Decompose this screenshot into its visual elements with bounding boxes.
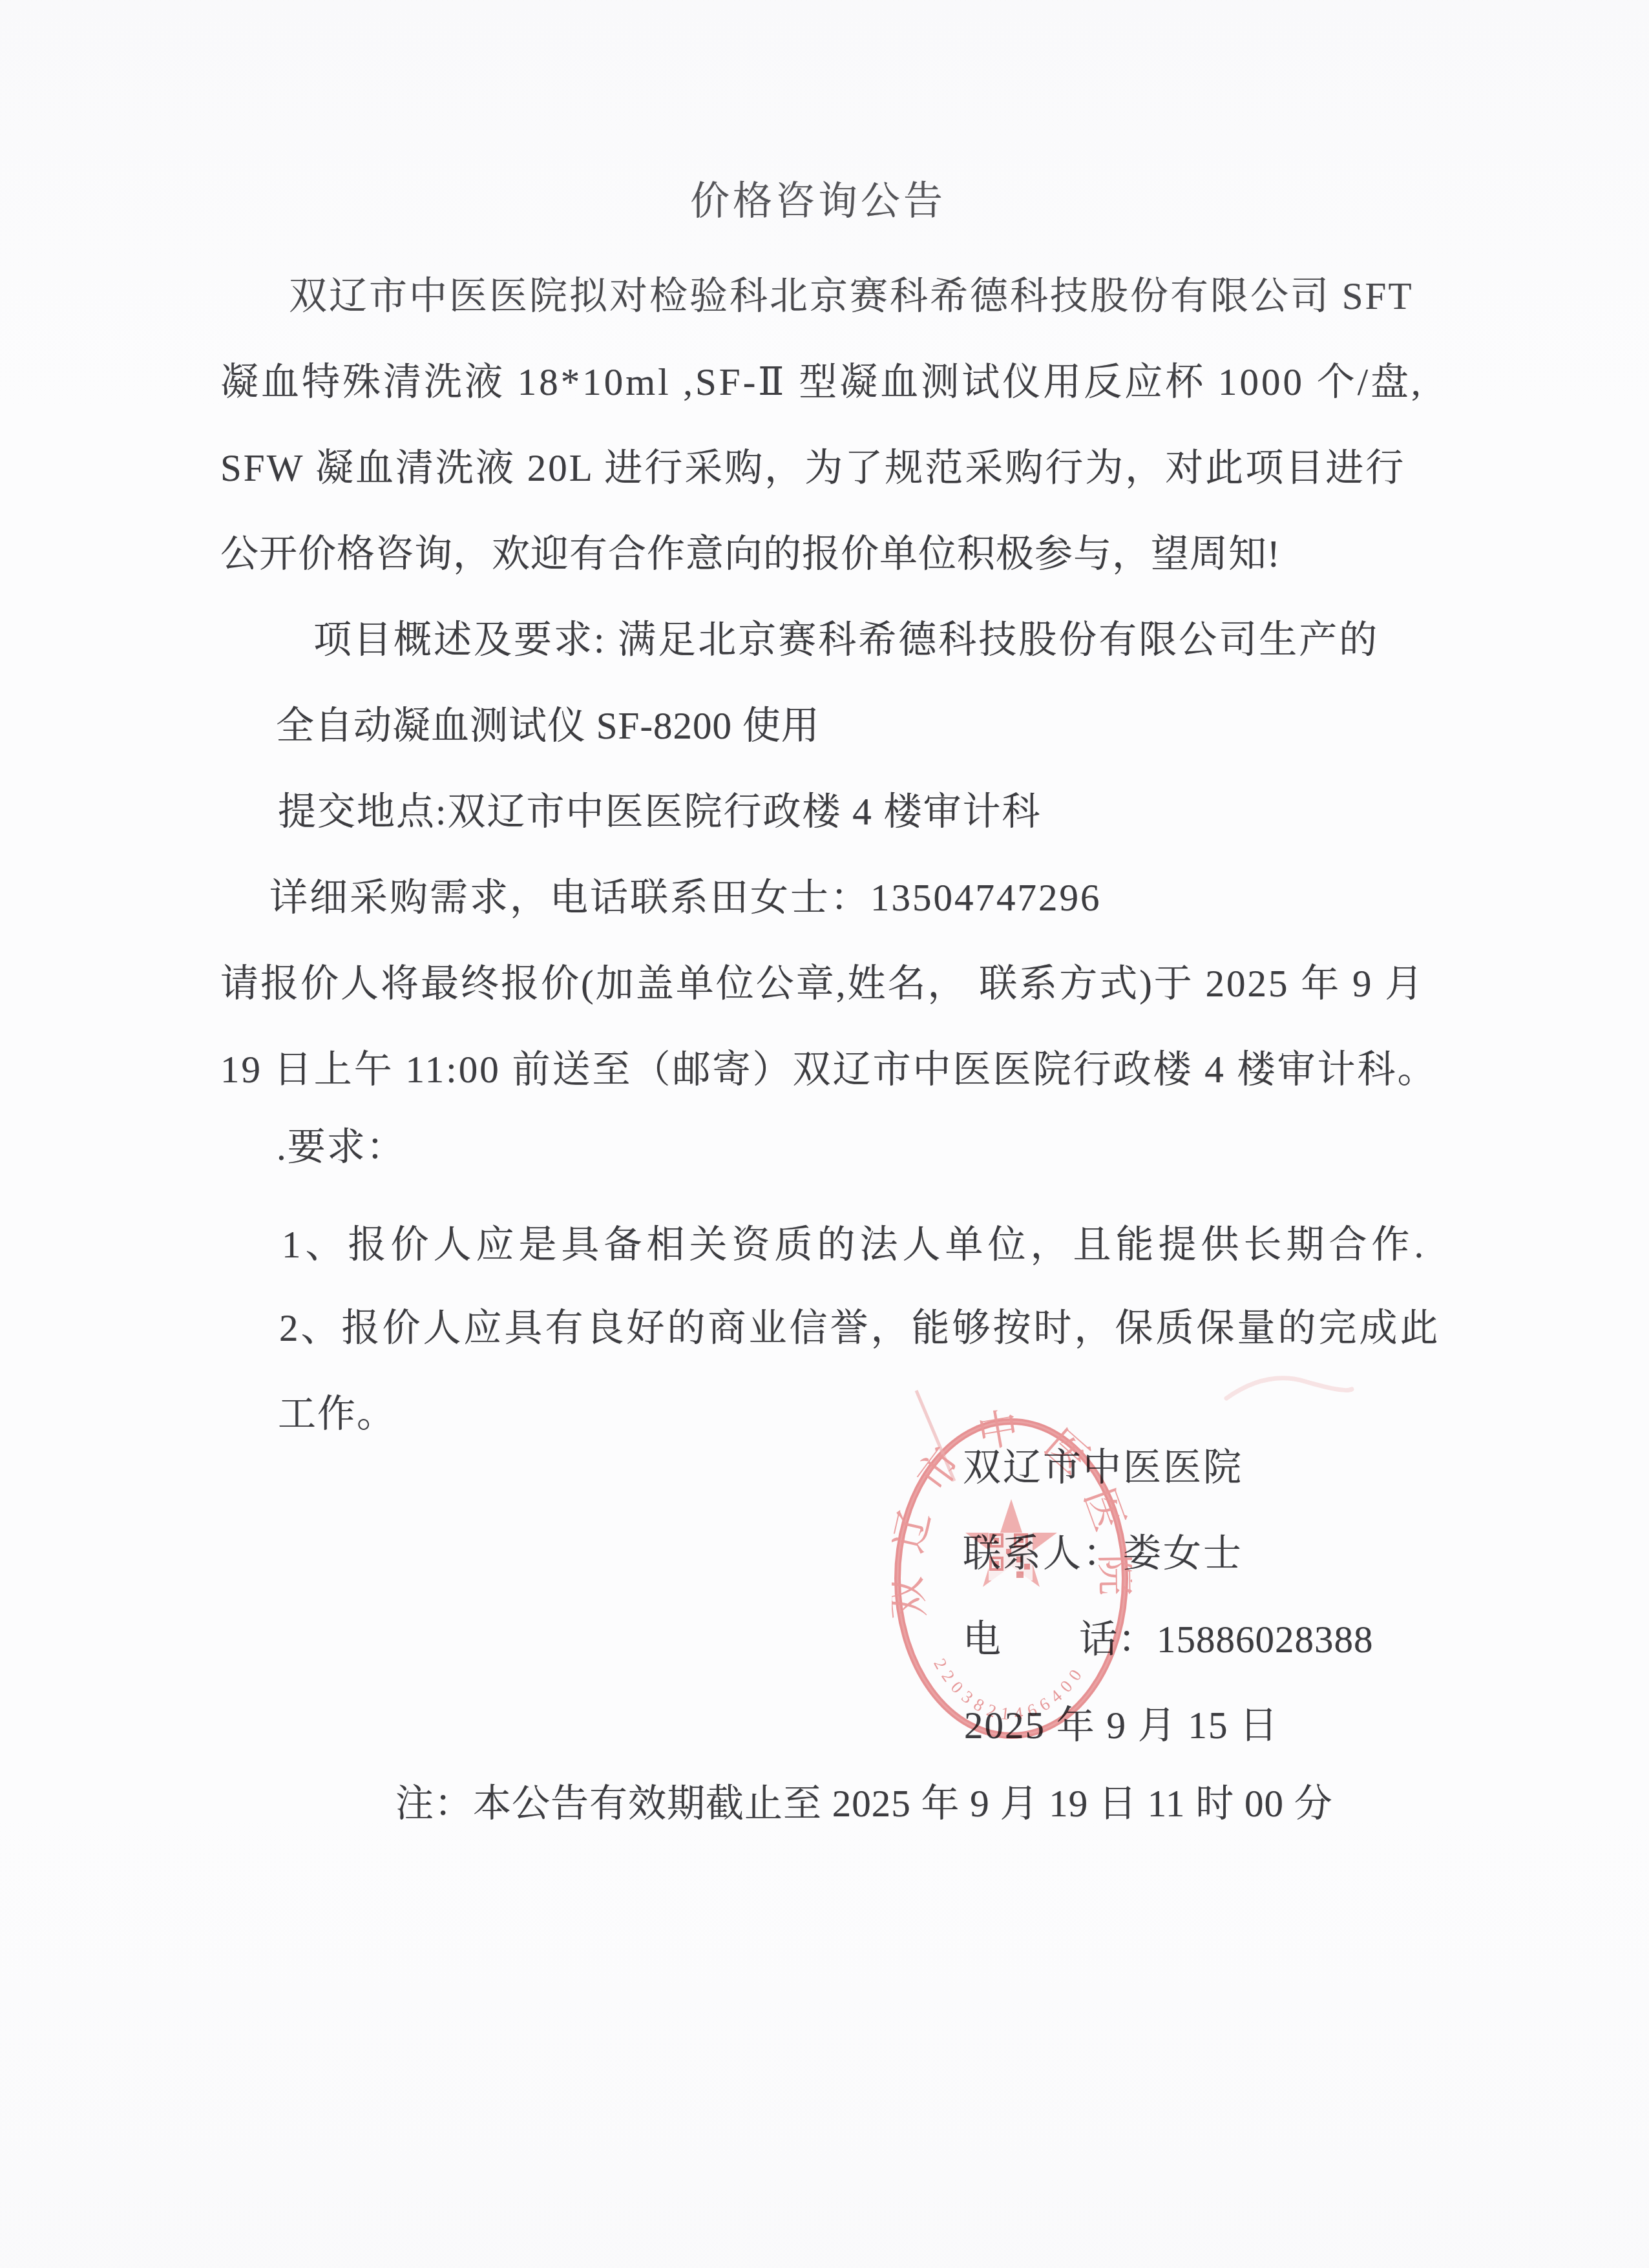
signature-phone: 电 话：15886028388 [963, 1618, 1374, 1662]
body-line-12: 1、报价人应是具备相关资质的法人单位，且能提供长期合作. [282, 1223, 1428, 1267]
signature-org: 双辽市中医医院 [963, 1446, 1243, 1490]
svg-text:双辽市中医医院: 双辽市中医医院 [892, 1405, 1132, 1621]
body-line-9: 请报价人将最终报价(加盖单位公章,姓名， 联系方式)于 2025 年 9 月 [220, 962, 1425, 1006]
signature-contact: 联系人：娄女士 [963, 1532, 1243, 1576]
body-line-8: 详细采购需求，电话联系田女士：13504747296 [269, 876, 1102, 920]
seal-scratch-mark [916, 1391, 954, 1481]
body-line-6: 全自动凝血测试仪 SF-8200 使用 [276, 704, 820, 748]
document-title: 价格咨询公告 [690, 180, 946, 225]
body-line-10: 19 日上午 11:00 前送至（邮寄）双辽市中医医院行政楼 4 楼审计科。 [220, 1048, 1437, 1092]
body-line-4: 公开价格咨询，欢迎有合作意向的报价单位积极参与，望周知! [220, 532, 1281, 576]
signature-date: 2025 年 9 月 15 日 [964, 1704, 1279, 1748]
scanned-document-page: 价格咨询公告 双辽市中医医院拟对检验科北京赛科希德科技股份有限公司 SFT 凝血… [0, 0, 1649, 2268]
body-line-13: 2、报价人应具有良好的商业信誉，能够按时，保质保量的完成此 [279, 1307, 1441, 1350]
body-line-14: 工作。 [278, 1392, 396, 1436]
body-line-1: 双辽市中医医院拟对检验科北京赛科希德科技股份有限公司 SFT [289, 275, 1413, 319]
seal-ink-smear [1221, 1365, 1357, 1416]
seal-ring-text: 双辽市中医医院 [892, 1405, 1132, 1621]
body-line-5: 项目概述及要求: 满足北京赛科希德科技股份有限公司生产的 [313, 618, 1379, 662]
body-line-3: SFW 凝血清洗液 20L 进行采购，为了规范采购行为，对此项目进行 [220, 446, 1405, 490]
body-line-7: 提交地点:双辽市中医医院行政楼 4 楼审计科 [278, 790, 1041, 834]
body-line-2: 凝血特殊清洗液 18*10ml ,SF-Ⅱ 型凝血测试仪用反应杯 1000 个/… [220, 361, 1423, 404]
validity-note: 注：本公告有效期截止至 2025 年 9 月 19 日 11 时 00 分 [395, 1782, 1333, 1826]
body-line-11: .要求： [277, 1126, 406, 1170]
